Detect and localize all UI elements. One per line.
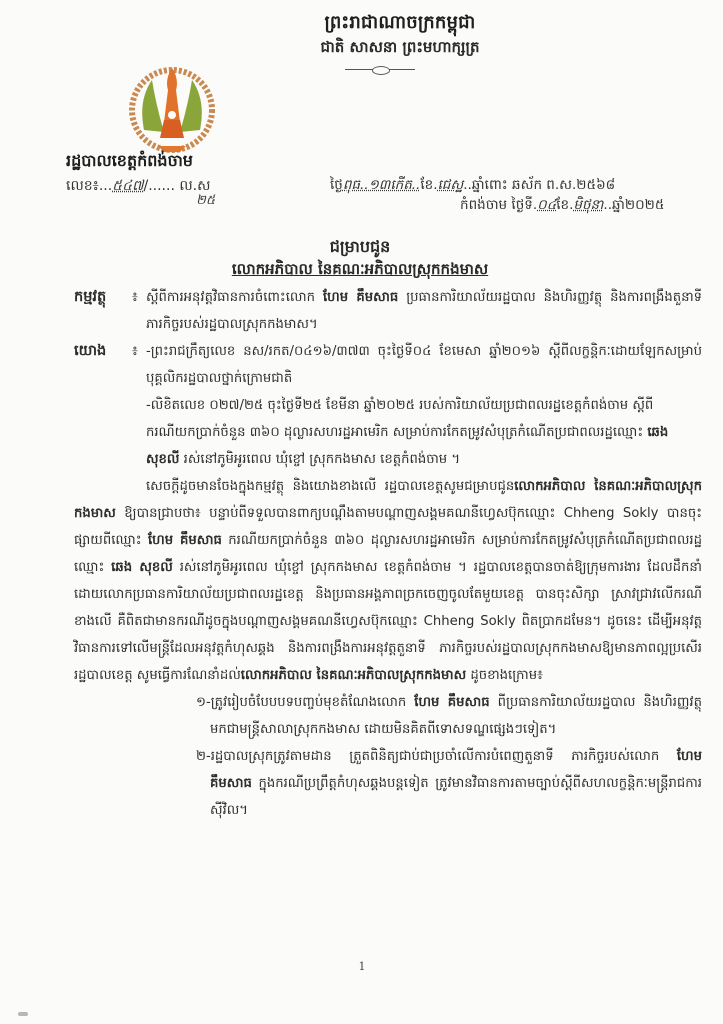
main-name1: ហែម គឹមសាធ [148,533,222,548]
reference-handwritten-number: ៥៤៧ [112,178,143,194]
document-title: ជម្រាបជូន [160,236,560,260]
recipient: លោកអភិបាល នៃគណៈអភិបាលស្រុកកងមាស [160,260,560,282]
kingdom-heading: ព្រះរាជាណាចក្រកម្ពុជា [280,10,520,37]
main-p5: ដូចខាងក្រោម៖ [466,668,543,683]
directive-2-pre: ២-រដ្ឋបាលស្រុកត្រូវតាមដាន ត្រួតពិនិត្យជា… [196,749,677,764]
issuing-agency: រដ្ឋបាលខេត្តកំពង់ចាម [66,150,193,174]
page-number: 1 [355,960,369,973]
reference-item-2: -លិខិតលេខ ០២៧/២៥ ចុះថ្ងៃទី២៥ ខែមីនា ឆ្នា… [74,392,702,473]
lunar-date: ថ្ងៃពុធ..១៣កើត..ខែ.ជេស្ឋ..ឆ្នាំពោះ ឆស័ក … [330,176,615,196]
reference-item-2-pre: -លិខិតលេខ ០២៧/២៥ ចុះថ្ងៃទី២៥ ខែមីនា ឆ្នា… [146,398,653,440]
solar-date-month: មិថុនា [573,197,603,213]
lunar-date-month: ជេស្ឋ [438,177,464,193]
subject-colon: ៖ [132,284,146,338]
reference-prefix: លេខ៖... [66,178,112,194]
provincial-emblem-icon [122,60,222,160]
lunar-date-month-label: ខែ. [420,177,437,193]
document-page: ព្រះរាជាណាចក្រកម្ពុជា ជាតិ សាសនា ព្រះមហា… [0,0,723,1024]
reference-number: លេខ៖...៥៤៧/...... ល.ស [66,176,210,197]
reference-colon: ៖ [132,338,146,392]
document-body: កម្មវត្ថុ ៖ ស្តីពីការអនុវត្តវិធានការចំពោ… [74,284,702,824]
reference-item-2-post: រស់នៅភូមិអូរពេល ឃុំខ្ចៅ ស្រុកកងមាស ខេត្ត… [179,452,460,467]
solar-date-year: ..ឆ្នាំ២០២៥ [603,197,664,213]
lunar-date-prefix: ថ្ងៃ [330,177,343,193]
subject-pre: ស្តីពីការអនុវត្តវិធានការចំពោះលោក [146,290,323,305]
subject-person-name: ហែម គឹមសាធ [323,290,398,305]
directive-1-pre: ១-ត្រូវរៀបចំបែបបទបញ្ចប់មុខតំណែងលោក [196,695,414,710]
reference-row: យោង ៖ -ព្រះរាជក្រឹត្យលេខ នស/រកត/០៤១៦/៣៧៣… [74,338,702,392]
directives-list: ១-ត្រូវរៀបចំបែបបទបញ្ចប់មុខតំណែងលោក ហែម គ… [74,689,702,824]
main-p4: រស់នៅភូមិអូរពេល ឃុំខ្ចៅ ស្រុកកងមាស ខេត្ត… [74,560,702,683]
national-motto: ជាតិ សាសនា ព្រះមហាក្សត្រ [280,38,520,60]
subject-row: កម្មវត្ថុ ៖ ស្តីពីការអនុវត្តវិធានការចំពោ… [74,284,702,338]
solar-date-prefix: កំពង់ចាម ថ្ងៃទី. [460,197,537,213]
lunar-date-day: ពុធ..១៣កើត.. [343,177,420,193]
reference-year: ២៥ [196,192,215,211]
directive-2-post: ក្នុងករណីប្រព្រឹត្តកំហុសឆ្គងបន្តទៀត ត្រូ… [210,776,702,818]
lunar-date-year: ..ឆ្នាំពោះ ឆស័ក ព.ស.២៥៦៨ [463,177,615,193]
main-paragraph: សេចក្តីដូចមានចែងក្នុងកម្មវត្ថុ និងយោងខាង… [74,473,702,689]
main-p1: សេចក្តីដូចមានចែងក្នុងកម្មវត្ថុ និងយោងខាង… [146,479,514,494]
subject-label: កម្មវត្ថុ [74,284,132,338]
reference-label: យោង [74,338,132,392]
solar-date-day: ០៤ [537,197,556,213]
divider-ornament-icon [345,66,415,74]
main-p4-bold: លោកអភិបាល នៃគណៈអភិបាលស្រុកកងមាស [241,668,466,683]
solar-date: កំពង់ចាម ថ្ងៃទី.០៤ខែ.មិថុនា..ឆ្នាំ២០២៥ [460,196,664,216]
directive-1-name: ហែម គឹមសាធ [414,695,489,710]
directive-item-1: ១-ត្រូវរៀបចំបែបបទបញ្ចប់មុខតំណែងលោក ហែម គ… [196,689,702,743]
solar-date-month-label: ខែ. [556,197,573,213]
directive-item-2: ២-រដ្ឋបាលស្រុកត្រូវតាមដាន ត្រួតពិនិត្យជា… [196,743,702,824]
subject-text: ស្តីពីការអនុវត្តវិធានការចំពោះលោក ហែម គឹម… [146,284,702,338]
main-name2: ឆេង សុខលី [111,560,173,575]
reference-item-1: -ព្រះរាជក្រឹត្យលេខ នស/រកត/០៤១៦/៣៧៣ ចុះថ្… [146,338,702,392]
scan-artifact [18,1012,28,1016]
